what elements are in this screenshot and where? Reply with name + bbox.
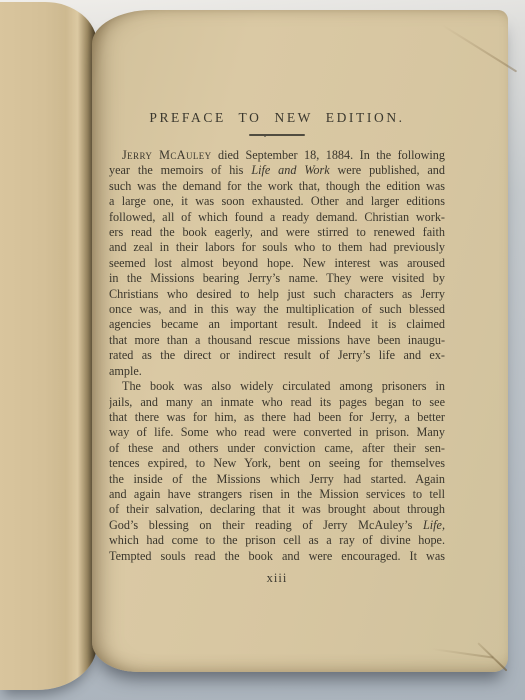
text-line: that more than a thousand rescue mission… bbox=[109, 333, 445, 348]
book-page: PREFACE TO NEW EDITION. Jerry McAuley di… bbox=[92, 10, 508, 672]
text-line: tences expired, to New York, bent on see… bbox=[109, 456, 445, 471]
title-rule bbox=[249, 134, 305, 136]
text-line: in the Missions bearing Jerry’s name. Th… bbox=[109, 271, 445, 286]
text-line: ample. bbox=[109, 364, 445, 379]
text-line: The book was also widely circulated amon… bbox=[109, 379, 445, 394]
text-run: died September 18, 1884. In the followin… bbox=[212, 148, 445, 162]
left-facing-page bbox=[0, 2, 97, 690]
page-content: PREFACE TO NEW EDITION. Jerry McAuley di… bbox=[109, 10, 445, 586]
text-line: God’s blessing on their reading of Jerry… bbox=[109, 518, 445, 533]
page-number: xiii bbox=[109, 571, 445, 586]
page-title: PREFACE TO NEW EDITION. bbox=[109, 110, 445, 126]
text-line: followed, all of which found a ready dem… bbox=[109, 210, 445, 225]
text-line: which had come to the prison cell as a r… bbox=[109, 533, 445, 548]
text-line: and again have strangers risen in the Mi… bbox=[109, 487, 445, 502]
text-line: Jerry McAuley died September 18, 1884. I… bbox=[109, 148, 445, 163]
text-run: God’s blessing on their reading of Jerry… bbox=[109, 518, 423, 532]
preface-paragraph-1: Jerry McAuley died September 18, 1884. I… bbox=[109, 148, 445, 379]
text-line: a large one, it was soon exhausted. Othe… bbox=[109, 194, 445, 209]
text-line: way of life. Some who read were converte… bbox=[109, 425, 445, 440]
text-line: Tempted souls read the book and were enc… bbox=[109, 549, 445, 564]
italic-book-title: Life, bbox=[423, 518, 445, 532]
smallcaps-name: Jerry McAuley bbox=[122, 148, 212, 162]
text-line: such was the demand for the work that, t… bbox=[109, 179, 445, 194]
text-line: ers read the book eagerly, and were stir… bbox=[109, 225, 445, 240]
text-line: rated as the direct or indirect result o… bbox=[109, 348, 445, 363]
text-line: jails, and many an inmate who read its p… bbox=[109, 395, 445, 410]
text-line: that there was for him, as there had bee… bbox=[109, 410, 445, 425]
text-line: and zeal in their labors for souls who t… bbox=[109, 240, 445, 255]
text-line: year the memoirs of his Life and Work we… bbox=[109, 163, 445, 178]
text-run: were published, and bbox=[330, 163, 445, 177]
preface-paragraph-2: The book was also widely circulated amon… bbox=[109, 379, 445, 564]
top-right-crease bbox=[441, 24, 517, 72]
text-line: of their salvation, declaring that it wa… bbox=[109, 502, 445, 517]
text-line: of these and others under conviction cam… bbox=[109, 441, 445, 456]
text-line: seemed lost almost beyond hope. New inte… bbox=[109, 256, 445, 271]
text-line: once was, and in this way the multiplica… bbox=[109, 302, 445, 317]
italic-book-title: Life and Work bbox=[251, 163, 329, 177]
text-line: Christians who desired to help just such… bbox=[109, 287, 445, 302]
text-run: year the memoirs of his bbox=[109, 163, 251, 177]
text-line: the inside of the Missions which Jerry h… bbox=[109, 472, 445, 487]
book-photo: PREFACE TO NEW EDITION. Jerry McAuley di… bbox=[0, 0, 525, 700]
text-line: agencies became an important result. Ind… bbox=[109, 317, 445, 332]
